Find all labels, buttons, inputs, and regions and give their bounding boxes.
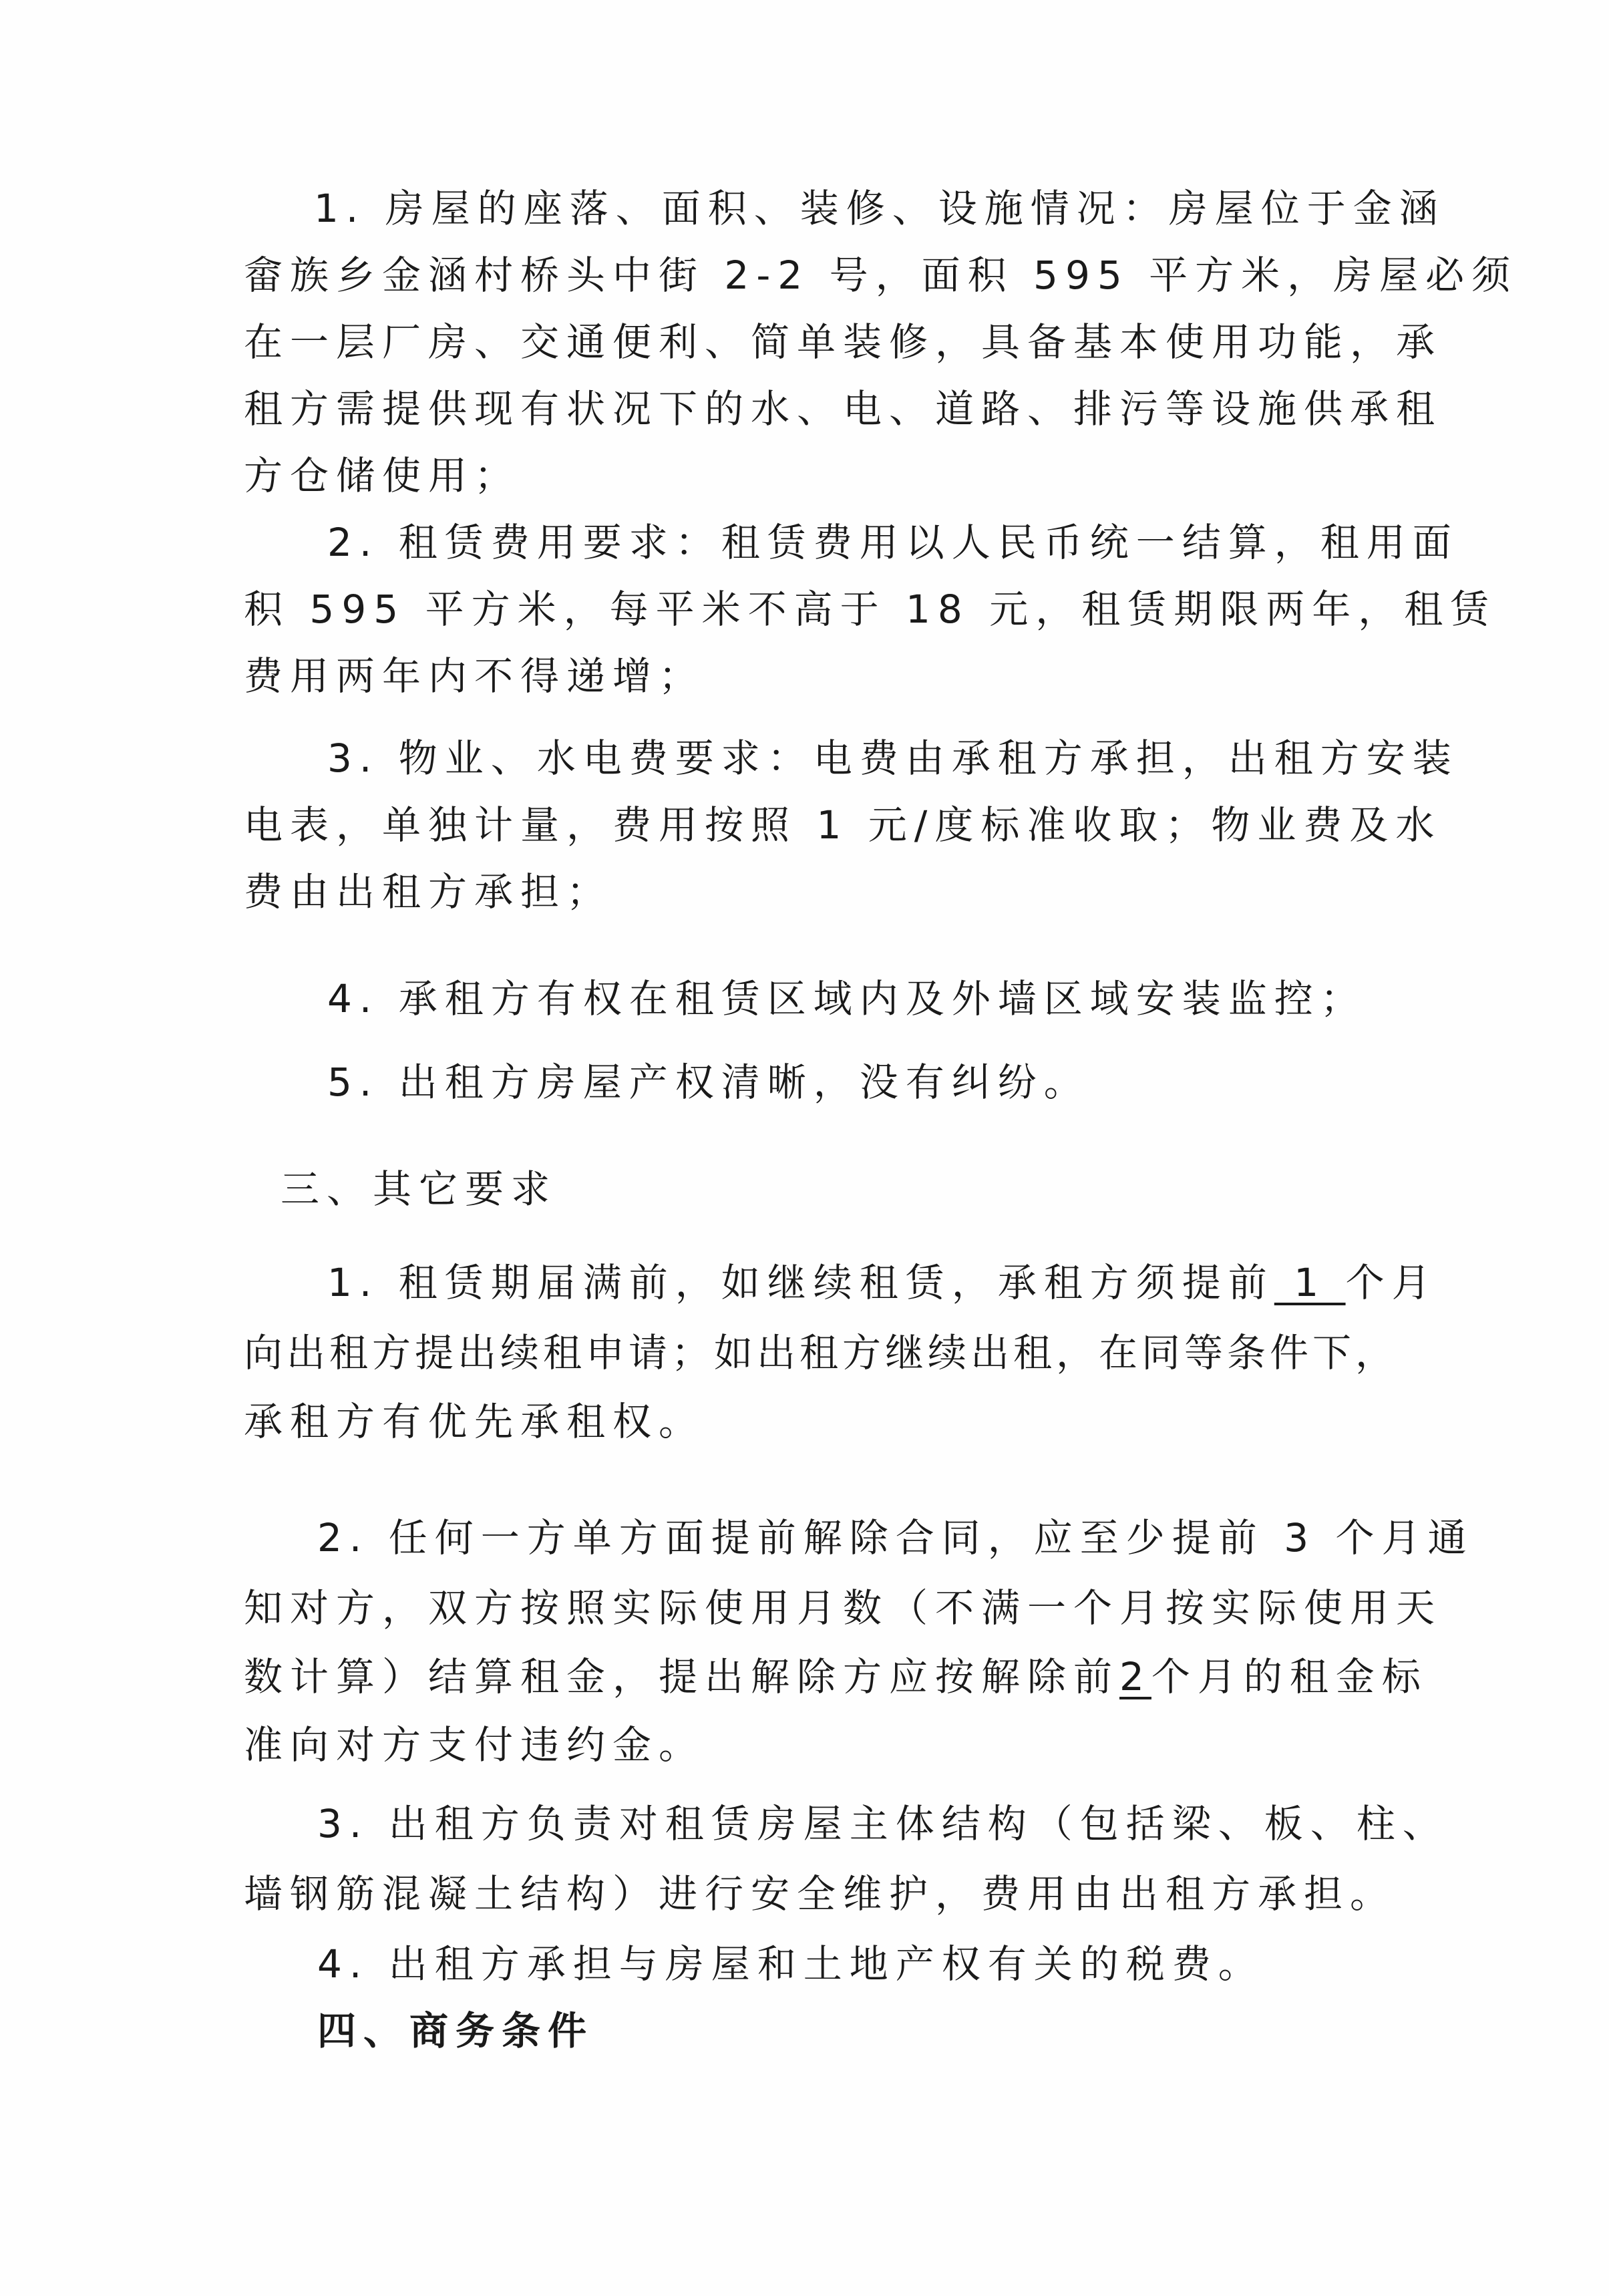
item-1-line-5: 方仓储使用； [244, 449, 520, 502]
item-5-line-1: 5. 出租方房屋产权清晰，没有纠纷。 [327, 1055, 1090, 1109]
item-1-line-1: 1. 房屋的座落、面积、装修、设施情况：房屋位于金涵 [314, 182, 1445, 235]
item-3-line-1: 3. 物业、水电费要求：电费由承租方承担，出租方安装 [327, 731, 1459, 785]
item-2-line-2: 积 595 平方米，每平米不高于 18 元，租赁期限两年，租赁 [244, 583, 1496, 636]
s3-item-4-line-1: 4. 出租方承担与房屋和土地产权有关的税费。 [317, 1937, 1264, 1991]
document-page: 1. 房屋的座落、面积、装修、设施情况：房屋位于金涵 畲族乡金涵村桥头中街 2-… [0, 0, 1609, 2296]
s3-item-2-line-4: 准向对方支付违约金。 [244, 1718, 705, 1772]
s3-item-1-text-prefix: 1. 租赁期届满前，如继续租赁，承租方须提前 [327, 1260, 1274, 1305]
s3-item-2-line-1: 2. 任何一方单方面提前解除合同，应至少提前 3 个月通 [317, 1511, 1474, 1565]
s3-item-1-text-suffix: 个月 [1346, 1260, 1438, 1305]
item-1-line-4: 租方需提供现有状况下的水、电、道路、排污等设施供承租 [244, 382, 1442, 436]
item-3-line-3: 费由出租方承担； [244, 865, 612, 919]
s3-item-3-line-1: 3. 出租方负责对租赁房屋主体结构（包括梁、板、柱、 [317, 1797, 1449, 1850]
item-1-line-3: 在一层厂房、交通便利、简单装修，具备基本使用功能，承 [244, 315, 1442, 369]
section-3-heading: 三、其它要求 [281, 1162, 557, 1216]
s3-item-2-line-3: 数计算）结算租金，提出解除方应按解除前2个月的租金标 [244, 1650, 1428, 1703]
item-2-line-3: 费用两年内不得递增； [244, 649, 705, 703]
renewal-notice-months-blank: 1 [1274, 1260, 1346, 1305]
item-3-line-2: 电表，单独计量，费用按照 1 元/度标准收取；物业费及水 [244, 798, 1441, 852]
section-4-heading: 四、商务条件 [317, 2004, 594, 2058]
s3-item-2-text-prefix: 数计算）结算租金，提出解除方应按解除前 [244, 1654, 1119, 1699]
item-2-line-1: 2. 租赁费用要求：租赁费用以人民币统一结算，租用面 [327, 516, 1459, 569]
s3-item-1-line-2: 向出租方提出续租申请；如出租方继续出租，在同等条件下， [244, 1326, 1398, 1379]
item-4-line-1: 4. 承租方有权在租赁区域内及外墙区域安装监控； [327, 972, 1367, 1025]
item-1-line-2: 畲族乡金涵村桥头中街 2-2 号，面积 595 平方米，房屋必须 [244, 249, 1517, 302]
s3-item-1-line-1: 1. 租赁期届满前，如继续租赁，承租方须提前 1 个月 [327, 1256, 1438, 1309]
s3-item-2-line-2: 知对方，双方按照实际使用月数（不满一个月按实际使用天 [244, 1581, 1442, 1635]
s3-item-3-line-2: 墙钢筋混凝土结构）进行安全维护，费用由出租方承担。 [244, 1867, 1396, 1921]
s3-item-1-line-3: 承租方有优先承租权。 [244, 1395, 705, 1448]
penalty-months-blank: 2 [1119, 1654, 1151, 1699]
s3-item-2-text-suffix: 个月的租金标 [1151, 1654, 1428, 1699]
